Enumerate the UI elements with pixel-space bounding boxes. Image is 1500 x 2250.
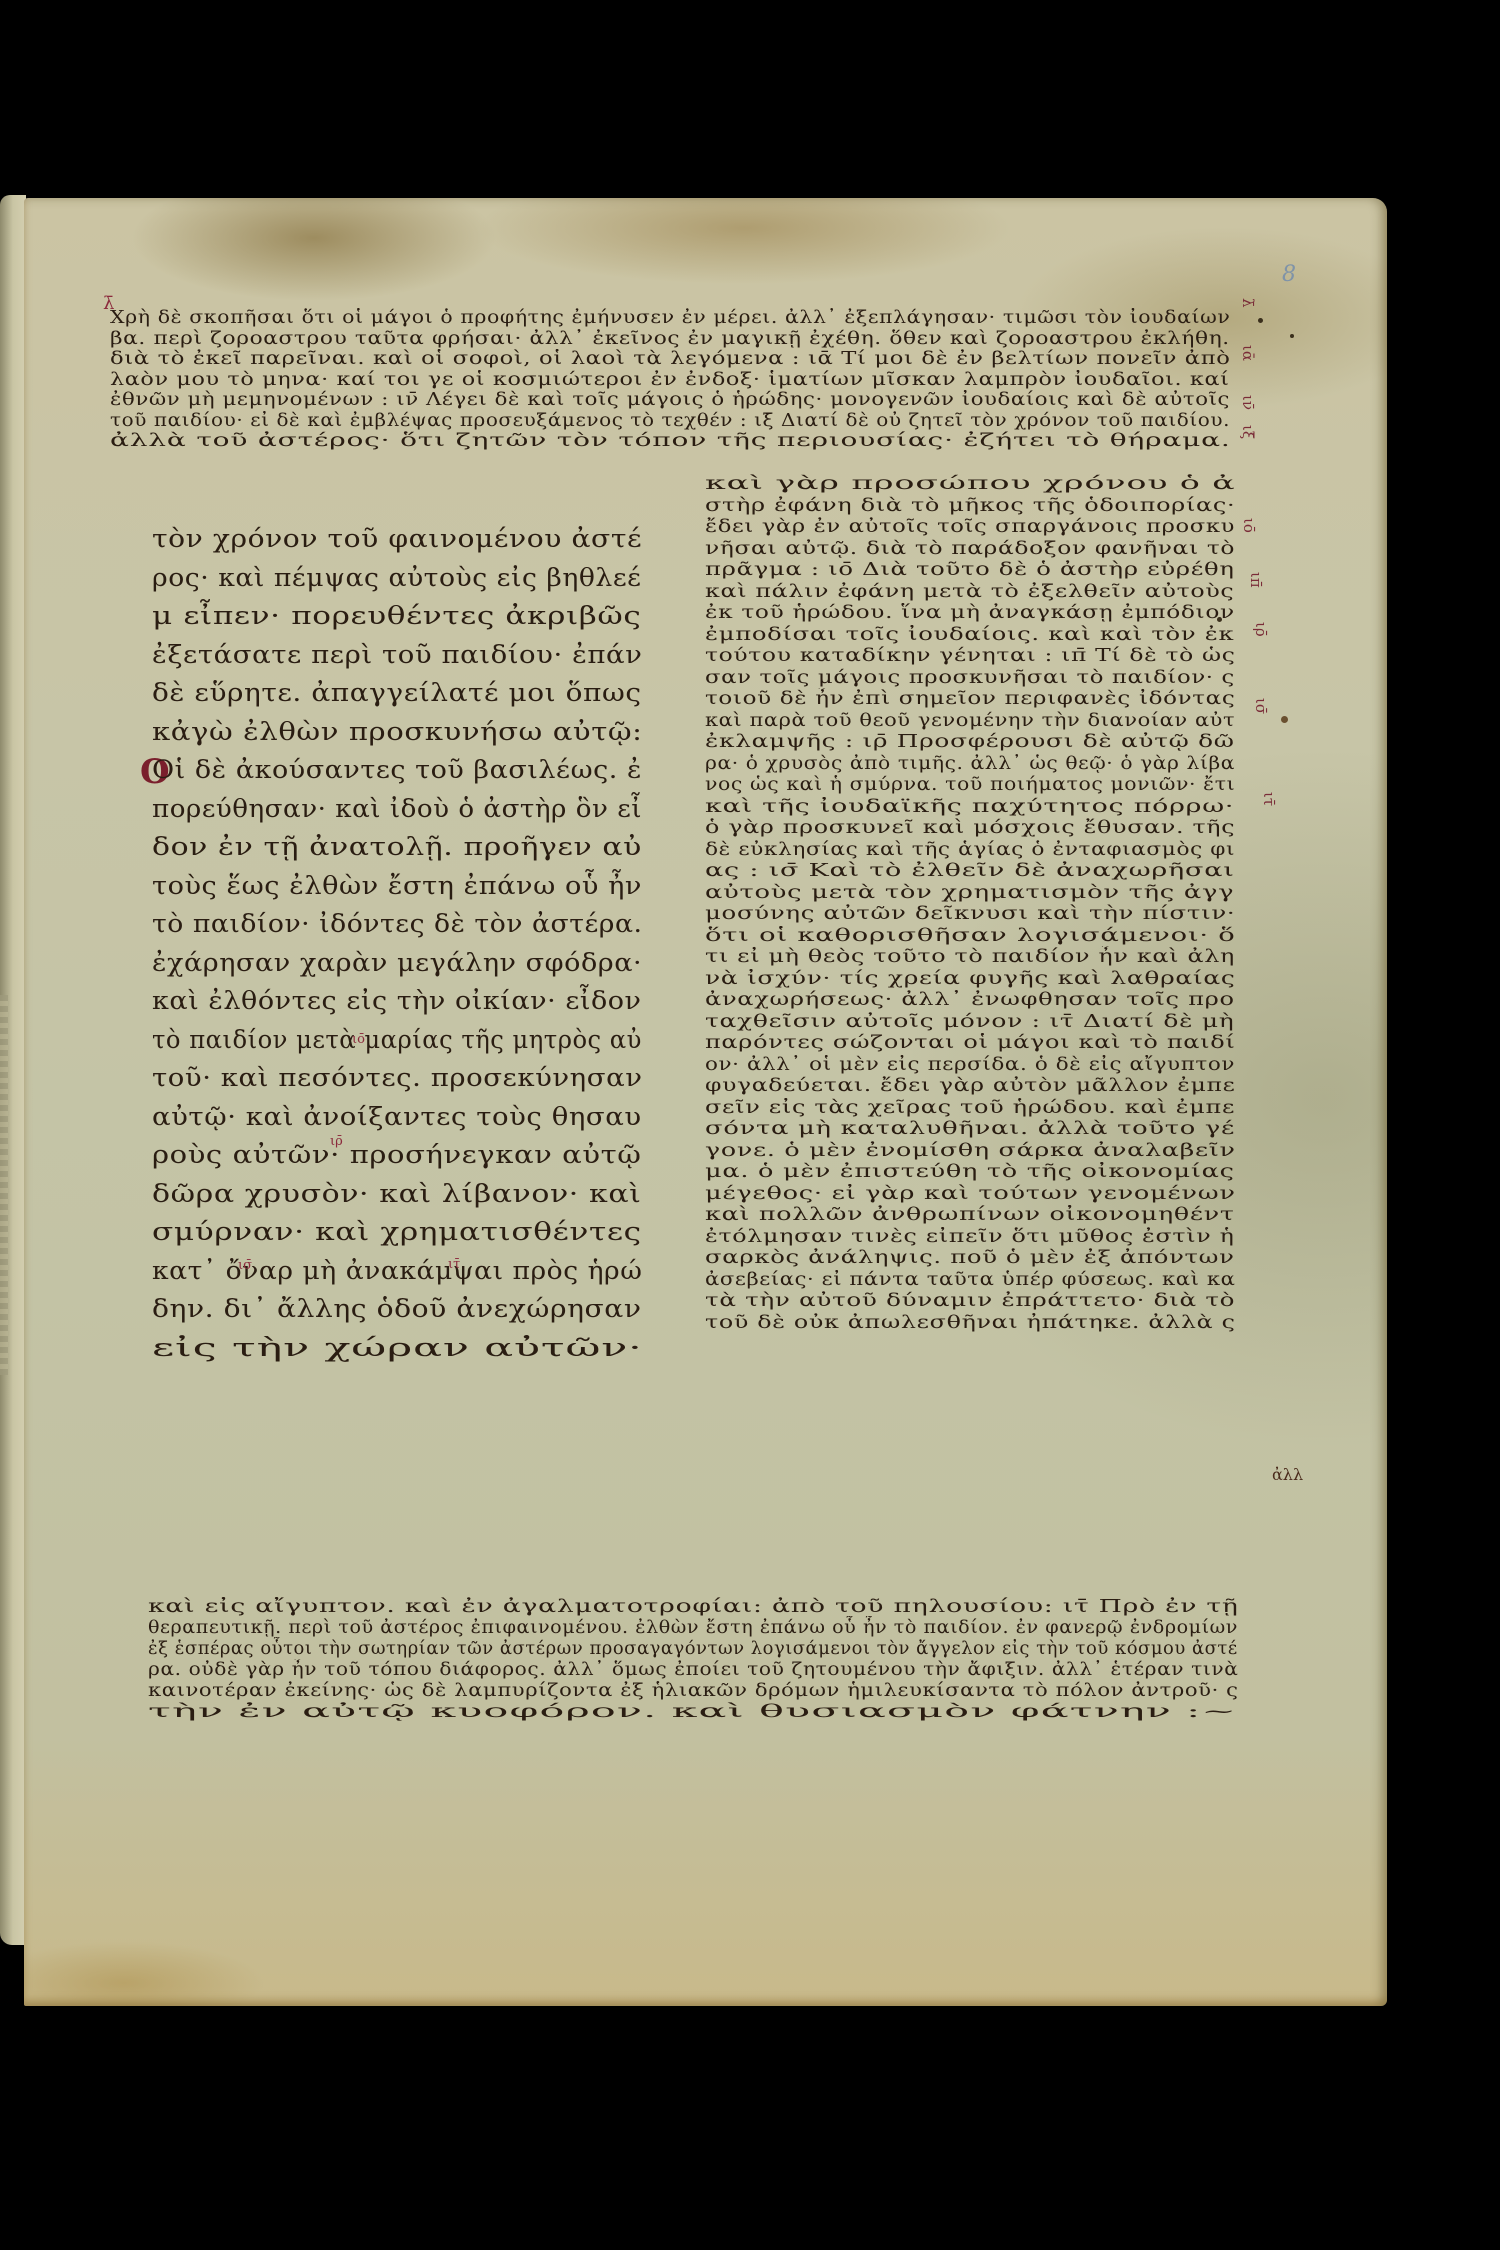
text-line: δην. δι᾽ ἄλλης ὁδοῦ ἀνεχώρησαν [152,1290,721,1329]
text-line: ταχθεῖσιν αὐτοῖς μόνον : ιτ̄ Διατί δὲ μὴ [705,1012,1358,1034]
text-line: τὸ παιδίον μετὰ μαρίας τῆς μητρὸς αὐ [152,1021,642,1060]
text-line: τοῦ· καὶ πεσόντες. προσεκύνησαν [152,1059,708,1098]
right-column-text: καὶ γὰρ προσώπου χρόνου ὁ ἀ στὴρ ἐφάνη δ… [705,474,1163,1334]
text-line: φυγαδεύεται. ἔδει γὰρ αὐτὸν μᾶλλον ἐμπε [705,1076,1320,1098]
text-line: δὲ εὕρητε. ἀπαγγείλατέ μοι ὅπως [152,674,717,713]
text-line: ὁ γὰρ προσκυνεῖ καὶ μόσχοις ἔθυσαν. τῆς [705,818,1327,840]
text-line: καὶ εἰς αἴγυπτον. καὶ ἐν ἀγαλματοτροφίαι… [148,1597,1500,1618]
text-line: ἀναχωρήσεως· ἀλλ᾽ ἐνωφθησαν τοῖς προ [705,990,1336,1012]
folio-number: 8 [1282,262,1296,287]
text-line: μ εἶπεν· πορευθέντες ἀκριβῶς [152,597,780,636]
text-line: δῶρα χρυσὸν· καὶ λίβανον· καὶ [152,1175,757,1214]
text-line: ἐτόλμησαν τινὲς εἰπεῖν ὅτι μῦθος ἐστὶν ἡ [705,1227,1327,1249]
text-line: σόντα μὴ καταλυθῆναι. ἀλλὰ τοῦτο γέ [705,1119,1379,1141]
text-line: ρα· ὁ χρυσὸς ἀπὸ τιμῆς. ἀλλ᾽ ὡς θεῷ· ὁ γ… [705,754,1235,776]
text-line: πρᾶγμα : ιο̄ Διὰ τοῦτο δὲ ὁ ἀστὴρ εὐρέθη [705,560,1340,582]
text-line: τοὺς ἕως ἐλθὼν ἔστη ἐπάνω οὗ ἦν [152,867,701,906]
text-line: καὶ παρὰ τοῦ θεοῦ γενομένην τὴν διανοίαν… [705,711,1253,733]
text-line: νος ὡς καὶ ἡ σμύρνα. τοῦ ποιήματος μονιῶ… [705,775,1240,797]
text-line: ἐκλαμψῆς : ιρ̄ Προσφέρουσι δὲ αὐτῷ δῶ [705,732,1354,754]
rubric-mark: ισ̄ [238,1258,252,1273]
text-line: αὐτῷ· καὶ ἀνοίξαντες τοὺς θησαυ [152,1098,708,1137]
text-line: παρόντες σώζονται οἱ μάγοι καὶ τὸ παιδί [705,1033,1332,1055]
ink-speck [1281,716,1288,723]
text-line: ἔδει γὰρ ἐν αὐτοῖς τοῖς σπαργάνοις προσκ… [705,517,1297,539]
text-line: ἐκ τοῦ ἡρώδου. ἵνα μὴ ἀναγκάσῃ ἐμπόδιον [705,603,1313,625]
text-line: ἐχάρησαν χαρὰν μεγάλην σφόδρα· [152,944,698,983]
text-line: σμύρναν· καὶ χρηματισθέντες [152,1213,782,1252]
text-line: καὶ ἐλθόντες εἰς τὴν οἰκίαν· εἶδον [152,982,697,1021]
text-line: διὰ τὸ ἐκεῖ παρεῖναι. καὶ οἱ σοφοὶ, οἱ λ… [110,349,1379,370]
text-line: βα. περὶ ζοροαστρου ταῦτα φρήσαι· ἀλλ᾽ ἐ… [110,329,1325,350]
text-line: τὴν ἐν αὐτῷ κυοφόρον. καὶ θυσιασμὸν φάτν… [148,1702,1500,1723]
text-line: εἰς τὴν χώραν αὐτῶν· [152,1329,1017,1368]
text-line: νὰ ἰσχύν· τίς χρεία φυγῆς καὶ λαθραίας [705,969,1356,991]
text-line: σαρκὸς ἀνάληψις. ποῦ ὁ μὲν ἐξ ἀπόντων [705,1248,1340,1270]
text-line: μα. ὁ μὲν ἐπιστεύθη τὸ τῆς οἰκονομίας [705,1162,1374,1184]
text-line: καὶ τῆς ἰουδαϊκῆς παχύτητος πόρρω· [705,797,1409,819]
text-line: τὸ παιδίον· ἰδόντες δὲ τὸν ἀστέρα. [152,905,690,944]
text-line: γονε. ὁ μὲν ἐνομίσθη σάρκα ἀναλαβεῖν [705,1141,1368,1163]
text-line: δον ἐν τῇ ἀνατολῇ. προῆγεν αὐ [152,828,755,867]
text-line: κατ᾽ ὄναρ μὴ ἀνακάμψαι πρὸς ἡρώ [152,1252,689,1291]
margin-note: ἀλλ [1272,1465,1303,1484]
text-line: στὴρ ἐφάνη διὰ τὸ μῆκος τῆς ὁδοιπορίας· [705,496,1332,518]
text-line: ἐξετάσατε περὶ τοῦ παιδίου· ἐπάν [152,636,708,675]
text-line: ἐμποδίσαι τοῖς ἰουδαίοις. καὶ καὶ τὸν ἐκ [705,625,1340,647]
adjacent-leaf-edge [0,195,26,1945]
text-line: τοῦ παιδίου· εἰ δὲ καὶ ἐμβλέψας προσευξά… [110,411,1230,432]
text-line: ροὺς αὐτῶν· προσήνεγκαν αὐτῷ [152,1136,738,1175]
rubric-mark: ιτ̄ [448,1257,460,1272]
text-line: καὶ πάλιν ἐφάνη μετὰ τὸ ἐξελθεῖν αὐτοὺς [705,582,1326,604]
text-line: τούτου καταδίκην γένηται : ιπ̄ Τί δὲ τὸ … [705,646,1318,668]
text-line: ρα. οὐδὲ γὰρ ἦν τοῦ τόπου διάφορος. ἀλλ᾽… [148,1660,1373,1681]
bottom-text-block: καὶ εἰς αἴγυπτον. καὶ ἐν ἀγαλματοτροφίαι… [148,1597,1210,1723]
text-line: Οἱ δὲ ἀκούσαντες τοῦ βασιλέως. ἐ [152,751,697,790]
text-line: ἀλλὰ τοῦ ἀστέρος· ὅτι ζητῶν τὸν τόπον τῆ… [110,431,1500,452]
text-line: τι εἰ μὴ θεὸς τοῦτο τὸ παιδίον ἦν καὶ ἀλ… [705,947,1329,969]
left-column-text: τὸν χρόνον τοῦ φαινομένου ἀστέ ρος· καὶ … [152,520,657,1367]
text-line: τὸν χρόνον τοῦ φαινομένου ἀστέ [152,520,721,559]
ink-speck [1258,318,1263,323]
text-line: λαὸν μου τὸ μηνα· καί τοι γε οἱ κοσμιώτε… [110,370,1359,391]
text-line: τοῦ δὲ οὐκ ἀπωλεσθῆναι ἠπάτηκε. ἀλλὰ ς [705,1313,1327,1335]
text-line: Χρὴ δὲ σκοπῆσαι ὅτι οἱ μάγοι ὁ προφήτης … [110,308,1257,329]
text-line: ἐθνῶν μὴ μεμηνομένων : ιν̄ Λέγει δὲ καὶ … [110,390,1298,411]
text-line: ον· ἀλλ᾽ οἱ μὲν εἰς περσίδα. ὁ δὲ εἰς αἴ… [705,1055,1266,1077]
text-line: καινοτέραν ἐκείνης· ὡς δὲ λαμπυρίζοντα ἐ… [148,1681,1427,1702]
text-line: ἀσεβείας· εἰ πάντα ταῦτα ὑπέρ φύσεως. κα… [705,1270,1258,1292]
text-line: νῆσαι αὐτῷ. διὰ τὸ παράδοξον φανῆναι τὸ [705,539,1315,561]
rubric-mark: ιο̄ [352,1032,365,1047]
text-line: καὶ γὰρ προσώπου χρόνου ὁ ἀ [705,474,1500,496]
text-line: μοσύνης αὐτῶν δεῖκνυσι καὶ τὴν πίστιν· [705,904,1344,926]
text-line: τὰ τὴν αὐτοῦ δύναμιν ἐπράττετο· διὰ τὸ [705,1291,1349,1313]
text-line: κἀγὼ ἐλθὼν προσκυνήσω αὐτῷ: [152,713,740,752]
text-line: τοιοῦ δὲ ἦν ἐπὶ σημεῖον περιφανὲς ἰδόντα… [705,689,1307,711]
text-line: δὲ εὐκλησίας καὶ τῆς ἁγίας ὁ ἐνταφιασμὸς… [705,840,1271,862]
leaf-stack-edges [0,995,8,1375]
text-line: ρος· καὶ πέμψας αὐτοὺς εἰς βηθλεέ [152,559,690,598]
margin-numeral: λ̄ [1239,298,1257,308]
text-line: ας : ισ̄ Καὶ τὸ ἐλθεῖν δὲ ἀναχωρῆσαι [705,861,1413,883]
top-text-block: Χρὴ δὲ σκοπῆσαι ὅτι οἱ μάγοι ὁ προφήτης … [110,308,1091,452]
rubric-mark: ιρ̄ [330,1134,343,1149]
text-line: ὅτι οἱ καθορισθῆσαν λογισάμενοι· ὅ [705,926,1421,948]
text-line: μέγεθος· εἰ γὰρ καὶ τούτων γενομένων [705,1184,1376,1206]
text-line: πορεύθησαν· καὶ ἰδοὺ ὁ ἀστὴρ ὃν εἶ [152,790,680,829]
text-line: σαν τοῖς μάγοις προσκυνῆσαι τὸ παιδίον· … [705,668,1300,690]
text-line: σεῖν εἰς τὰς χεῖρας τοῦ ἡρώδου. καὶ ἐμπε [705,1098,1332,1120]
text-line: καὶ πολλῶν ἀνθρωπίνων οἰκονομηθέντ [705,1205,1368,1227]
text-line: αὐτοὺς μετὰ τὸν χρηματισμὸν τῆς ἀγγ [705,883,1379,905]
text-line: θεραπευτικῇ. περὶ τοῦ ἀστέρος ἐπιφαινομέ… [148,1618,1308,1639]
text-line: ἐξ ἑσπέρας οὗτοι τὴν σωτηρίαν τῶν ἀστέρω… [148,1639,1238,1660]
